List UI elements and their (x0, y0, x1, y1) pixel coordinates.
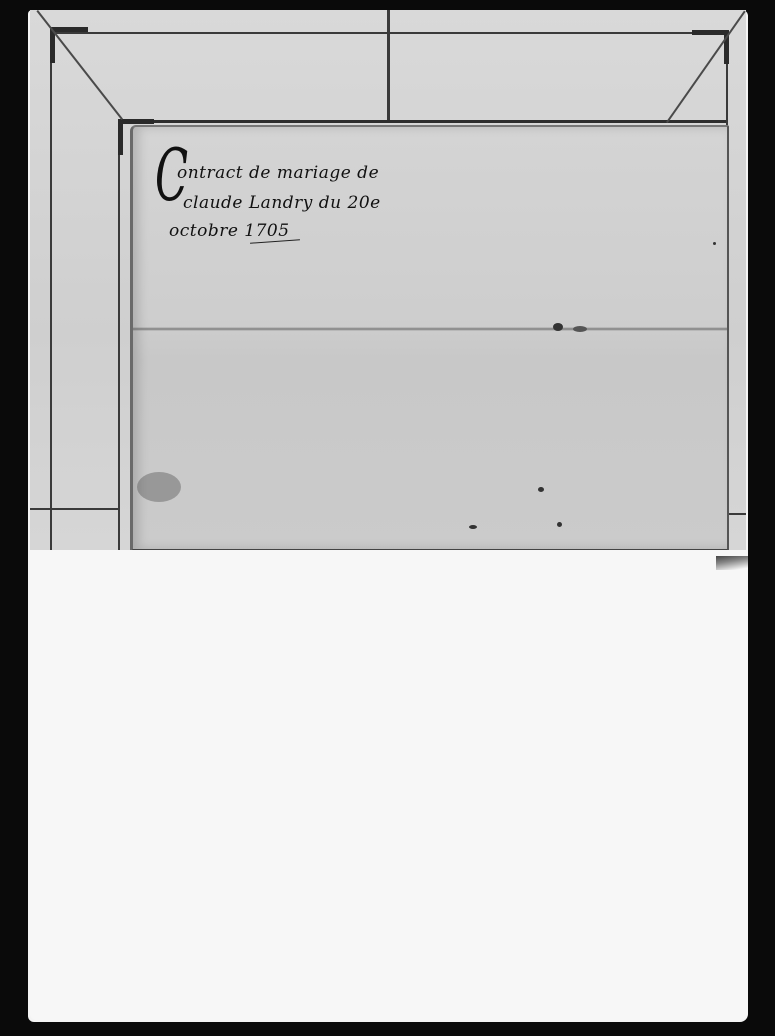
ink-stain (469, 525, 477, 529)
corner-bracket-inner-left-h (118, 119, 154, 124)
archival-document: C ontract de mariage de claude Landry du… (130, 125, 729, 551)
inner-frame-top (118, 120, 726, 123)
frame-left-lower-line (30, 508, 120, 510)
frame-center-line (387, 10, 390, 122)
blank-paper-sheet (30, 550, 748, 1020)
corner-bracket-top-right-h (692, 30, 728, 35)
docket-line-1: ontract de mariage de (177, 163, 379, 183)
corner-bracket-top-left-h (50, 27, 88, 32)
ink-stain (538, 487, 544, 492)
ink-stain (557, 522, 562, 527)
ink-stain (713, 242, 716, 245)
water-stain (137, 472, 181, 502)
diagonal-line-right (666, 11, 746, 124)
ink-stain (553, 323, 563, 331)
sheet-shadow-edge (716, 556, 748, 570)
frame-inner-left-line (118, 122, 120, 550)
corner-bracket-inner-left-v (118, 119, 123, 155)
ink-stain (573, 326, 587, 332)
docket-line-3: octobre 1705 (169, 221, 290, 241)
frame-right-lower-line (726, 513, 746, 515)
docket-line-2: claude Landry du 20e (183, 193, 381, 213)
frame-left-line (50, 32, 52, 550)
fold-crease (133, 327, 727, 331)
